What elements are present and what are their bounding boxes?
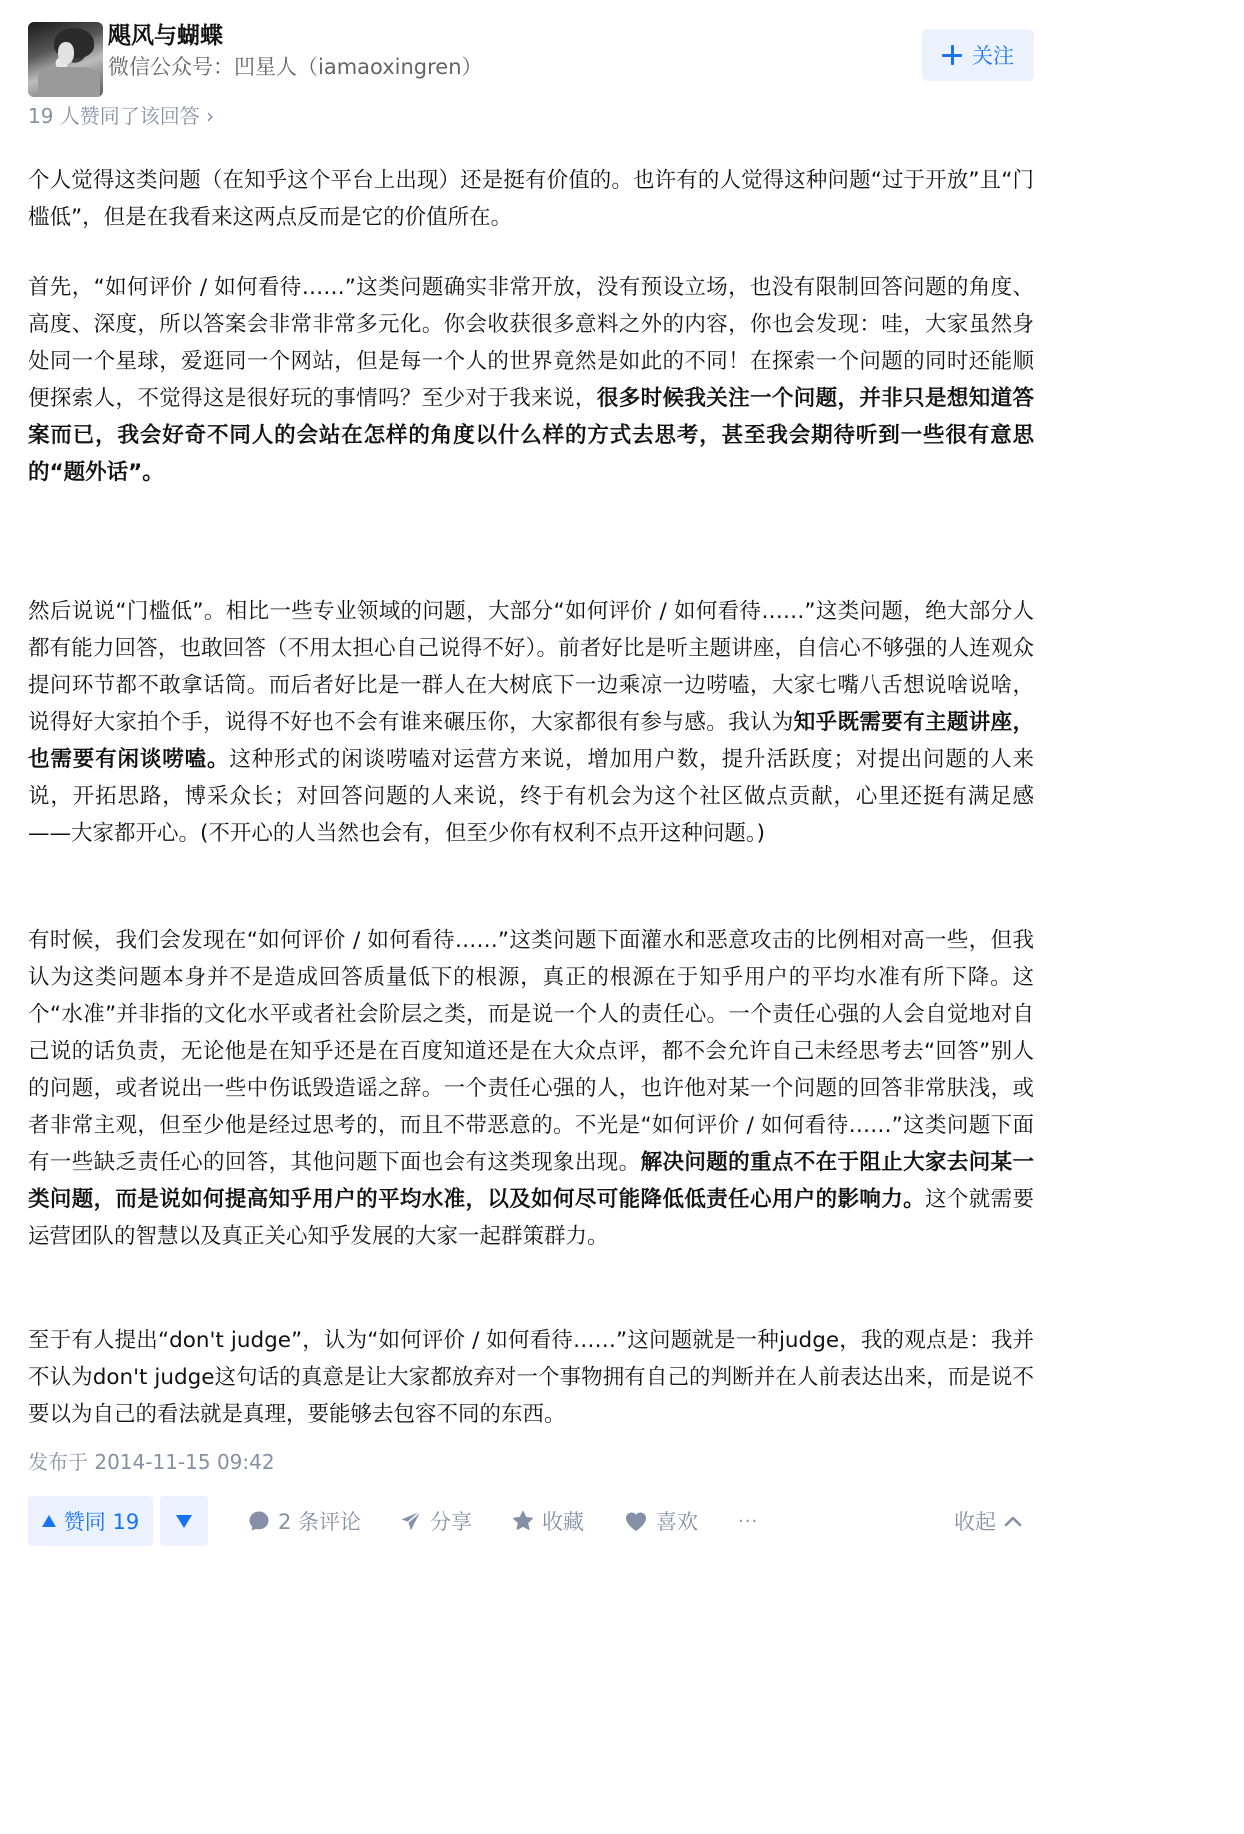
- more-options-button[interactable]: ···: [738, 1496, 758, 1546]
- answer-author-header: 飓风与蝴蝶 微信公众号：凹星人（iamaoxingren） 关注: [28, 22, 1034, 98]
- paragraph-4: 有时候，我们会发现在“如何评价 / 如何看待……”这类问题下面灌水和恶意攻击的比…: [28, 922, 1034, 1255]
- comment-button[interactable]: 2 条评论: [248, 1496, 361, 1546]
- follow-button[interactable]: 关注: [922, 29, 1034, 81]
- text-run: 有时候，我们会发现在“如何评价 / 如何看待……”这类问题下面灌水和恶意攻击的比…: [28, 928, 1034, 1175]
- share-button[interactable]: 分享: [400, 1496, 472, 1546]
- follow-label: 关注: [972, 40, 1014, 70]
- paragraph-3: 然后说说“门槛低”。相比一些专业领域的问题，大部分“如何评价 / 如何看待……”…: [28, 593, 1034, 852]
- answer-action-bar: 赞同 19 2 条评论 分享 收藏 喜欢 ··· 收起: [28, 1496, 1034, 1546]
- vote-up-label: 赞同 19: [64, 1506, 139, 1536]
- avatar-face-shape: [58, 42, 74, 64]
- author-headline: 微信公众号：凹星人（iamaoxingren）: [108, 52, 483, 82]
- triangle-down-icon: [176, 1515, 192, 1528]
- paper-plane-icon: [400, 1510, 422, 1532]
- share-label: 分享: [430, 1506, 472, 1536]
- collect-label: 收藏: [542, 1506, 584, 1536]
- publish-time[interactable]: 发布于 2014-11-15 09:42: [28, 1446, 275, 1478]
- voters-link[interactable]: 19 人赞同了该回答 ›: [28, 100, 214, 132]
- collect-button[interactable]: 收藏: [512, 1496, 584, 1546]
- triangle-up-icon: [42, 1515, 56, 1527]
- star-icon: [512, 1510, 534, 1532]
- text-run: 至于有人提出“don't judge”，认为“如何评价 / 如何看待……”这问题…: [28, 1328, 1034, 1427]
- like-label: 喜欢: [656, 1506, 698, 1536]
- collapse-label: 收起: [954, 1506, 996, 1536]
- text-run: 个人觉得这类问题（在知乎这个平台上出现）还是挺有价值的。也许有的人觉得这种问题“…: [28, 168, 1034, 230]
- plus-icon: [942, 45, 962, 65]
- ellipsis-icon: ···: [738, 1511, 758, 1532]
- avatar-coat-shape: [38, 67, 100, 97]
- paragraph-1: 个人觉得这类问题（在知乎这个平台上出现）还是挺有价值的。也许有的人觉得这种问题“…: [28, 162, 1034, 236]
- comment-bubble-icon: [248, 1510, 270, 1532]
- vote-down-button[interactable]: [160, 1496, 208, 1546]
- chevron-up-icon: [1004, 1515, 1022, 1527]
- collapse-button[interactable]: 收起: [954, 1496, 1022, 1546]
- comment-label: 2 条评论: [278, 1506, 361, 1536]
- like-button[interactable]: 喜欢: [624, 1496, 698, 1546]
- heart-icon: [624, 1510, 648, 1532]
- paragraph-2: 首先，“如何评价 / 如何看待……”这类问题确实非常开放，没有预设立场，也没有限…: [28, 269, 1034, 491]
- paragraph-5: 至于有人提出“don't judge”，认为“如何评价 / 如何看待……”这问题…: [28, 1322, 1034, 1433]
- author-name[interactable]: 飓风与蝴蝶: [108, 22, 223, 50]
- vote-up-button[interactable]: 赞同 19: [28, 1496, 153, 1546]
- author-avatar[interactable]: [28, 22, 103, 97]
